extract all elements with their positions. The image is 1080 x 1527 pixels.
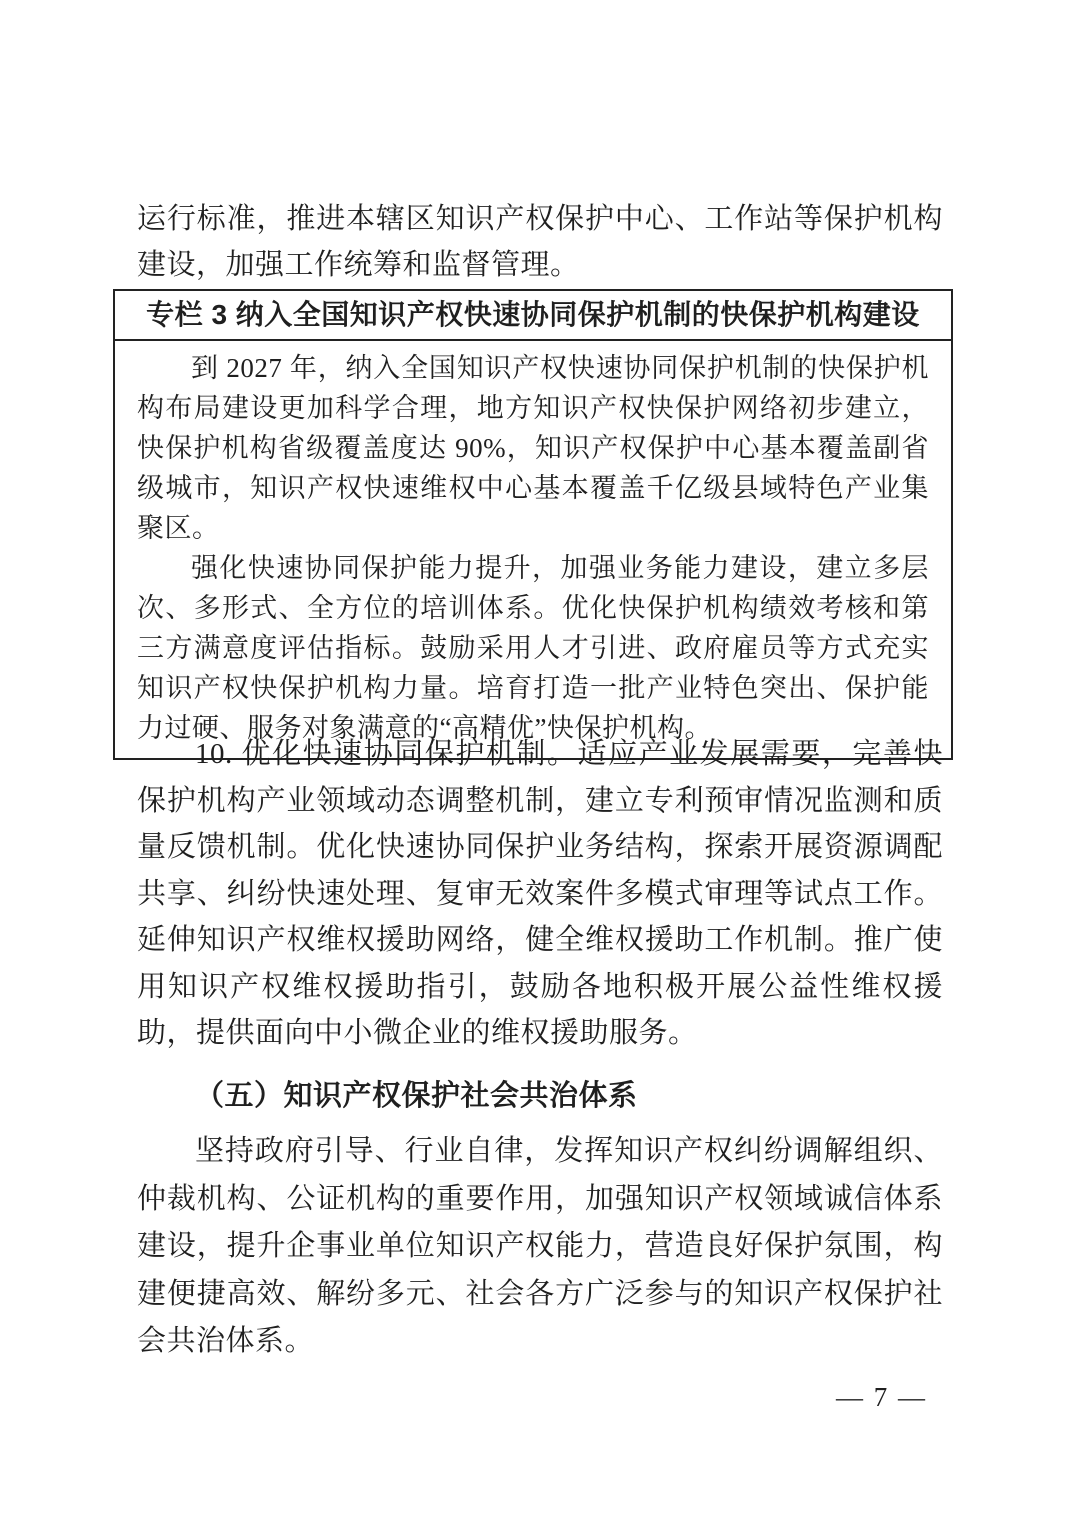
item-10-paragraph: 10. 优化快速协同保护机制。适应产业发展需要，完善快保护机构产业领域动态调整机… — [137, 731, 943, 1057]
column-box-body: 到 2027 年，纳入全国知识产权快速协同保护机制的快保护机构布局建设更加科学合… — [115, 341, 951, 758]
special-column-box: 专栏 3 纳入全国知识产权快速协同保护机制的快保护机构建设 到 2027 年，纳… — [113, 289, 953, 760]
column-box-paragraph-1: 到 2027 年，纳入全国知识产权快速协同保护机制的快保护机构布局建设更加科学合… — [137, 348, 929, 548]
column-box-paragraph-2: 强化快速协同保护能力提升，加强业务能力建设，建立多层次、多形式、全方位的培训体系… — [137, 548, 929, 748]
continuation-paragraph: 运行标准，推进本辖区知识产权保护中心、工作站等保护机构建设，加强工作统筹和监督管… — [137, 196, 943, 288]
section-5-heading: （五）知识产权保护社会共治体系 — [137, 1076, 943, 1116]
section-5-paragraph: 坚持政府引导、行业自律，发挥知识产权纠纷调解组织、仲裁机构、公证机构的重要作用，… — [137, 1128, 943, 1366]
column-box-title: 专栏 3 纳入全国知识产权快速协同保护机制的快保护机构建设 — [115, 291, 951, 341]
document-page: 运行标准，推进本辖区知识产权保护中心、工作站等保护机构建设，加强工作统筹和监督管… — [0, 0, 1080, 1527]
page-number: — 7 — — [0, 1380, 1080, 1414]
